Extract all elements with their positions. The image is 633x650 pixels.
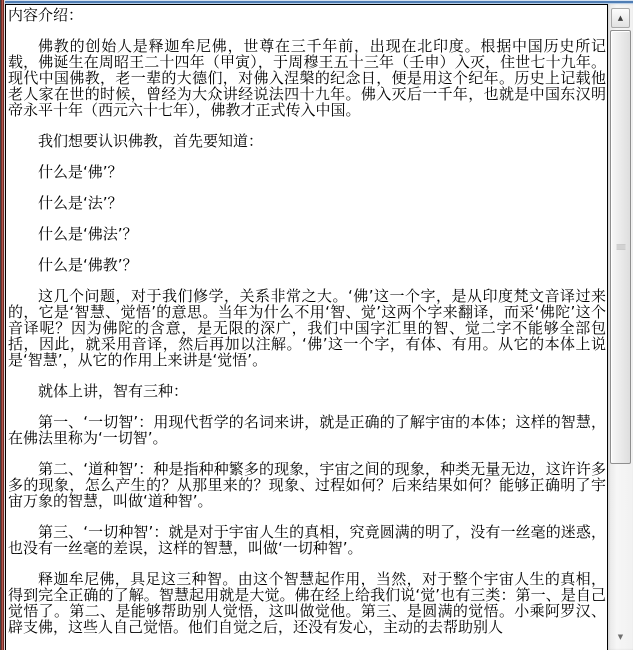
paragraph-first-wisdom: 第一、‘一切智’：用现代哲学的名词来讲，就是正确的了解宇宙的本体；这样的智慧，在… — [8, 414, 606, 446]
scroll-up-button[interactable]: ▲ — [611, 8, 630, 28]
thumb-gripper-icon — [616, 245, 625, 250]
down-arrow-icon: ▼ — [618, 633, 623, 641]
paragraph-third-wisdom: 第三、‘一切种智’：就是对于宇宙人生的真相，究竟圆满的明了，没有一丝毫的迷惑，也… — [8, 524, 606, 556]
paragraph-intro: 佛教的创始人是释迦牟尼佛，世尊在三千年前，出现在北印度。根据中国历史所记载，佛诞… — [8, 38, 606, 118]
paragraph-translation: 这几个问题，对于我们修学，关系非常之大。‘佛’这一个字，是从印度梵文音译过来的，… — [8, 288, 606, 368]
paragraph-question-fojiao: 什么是‘佛教’？ — [8, 257, 606, 273]
vertical-scrollbar[interactable]: ▲ ▼ — [608, 4, 633, 650]
paragraph-shakyamuni: 释迦牟尼佛，具足这三种智。由这个智慧起作用，当然，对于整个宇宙人生的真相，得到完… — [8, 571, 606, 635]
paragraph-second-wisdom: 第二、‘道种智’：种是指种种繁多的现象，宇宙之间的现象，种类无量无边，这许许多多… — [8, 461, 606, 509]
paragraph-question-fofa: 什么是‘佛法’？ — [8, 226, 606, 242]
page-title: 内容介绍： — [8, 7, 606, 23]
paragraph-question-fa: 什么是‘法’？ — [8, 195, 606, 211]
document-viewer-window: 内容介绍： 佛教的创始人是释迦牟尼佛，世尊在三千年前，出现在北印度。根据中国历史… — [0, 0, 633, 650]
document-text-area: 内容介绍： 佛教的创始人是释迦牟尼佛，世尊在三千年前，出现在北印度。根据中国历史… — [5, 4, 608, 650]
scrollbar-thumb[interactable] — [610, 30, 631, 464]
paragraph-three-wisdoms-lead: 就体上讲，智有三种： — [8, 383, 606, 399]
paragraph-lead-in: 我们想要认识佛教，首先要知道： — [8, 133, 606, 149]
scroll-down-button[interactable]: ▼ — [611, 626, 630, 648]
up-arrow-icon: ▲ — [618, 14, 623, 22]
paragraph-question-fo: 什么是‘佛’？ — [8, 164, 606, 180]
